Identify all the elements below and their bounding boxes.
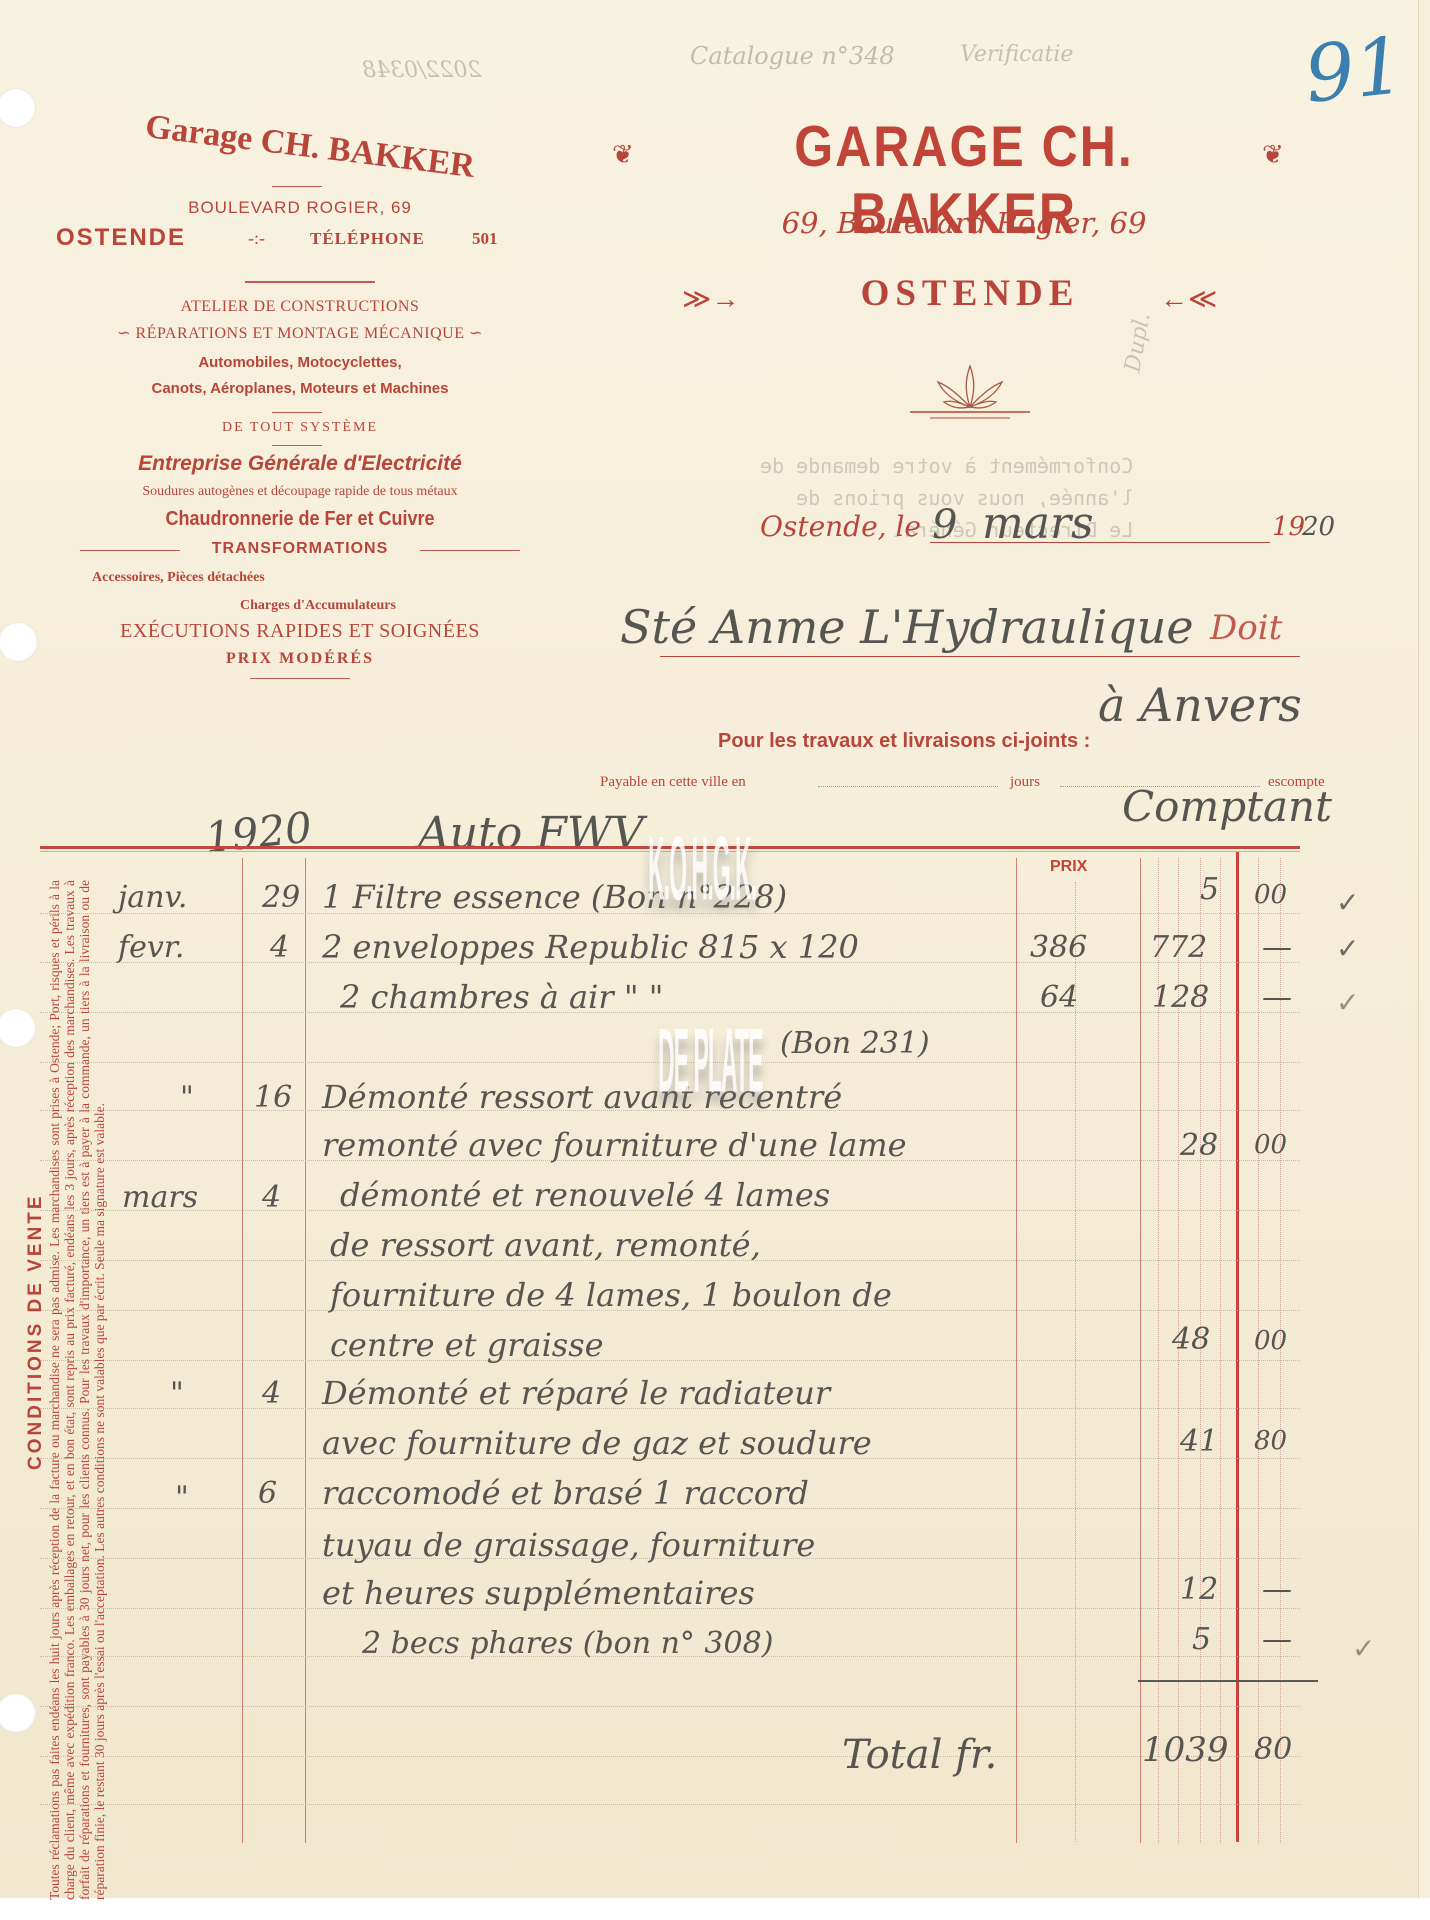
arrow-left-icon: ≫→ — [682, 282, 739, 316]
item-amount: 772 — [1150, 930, 1207, 965]
row-rule — [40, 1360, 1300, 1361]
service-line-6: Entreprise Générale d'Electricité — [40, 452, 560, 476]
item-cents: — — [1262, 1622, 1292, 1657]
flourish-right-icon: ❦ — [1262, 140, 1284, 170]
flourish-icon: ∽ — [464, 325, 482, 342]
date-line: Ostende, le 9 mars 19 20 — [760, 508, 1340, 558]
item-desc: avec fourniture de gaz et soudure — [322, 1424, 872, 1462]
divider — [420, 550, 520, 551]
item-desc: remonté avec fourniture d'une lame — [322, 1126, 907, 1164]
item-cents: 00 — [1254, 1130, 1287, 1160]
ornament-small — [272, 186, 322, 187]
watermark-line-2: DE PLATE — [658, 1010, 763, 1115]
service-line-4: Canots, Aéroplanes, Moteurs et Machines — [40, 380, 560, 397]
item-cents: 80 — [1254, 1426, 1287, 1456]
item-amount: 5 — [1200, 872, 1219, 907]
service-line-2-text: RÉPARATIONS ET MONTAGE MÉCANIQUE — [136, 325, 465, 342]
service-line-10: Accessoires, Pièces détachées — [92, 570, 265, 586]
col-rule-unit — [1075, 882, 1076, 1842]
ornament-rule — [245, 281, 375, 283]
archive-note-left: 2022/0348 — [362, 58, 481, 83]
service-line-5: DE TOUT SYSTÈME — [40, 420, 560, 436]
date-month: mars — [982, 498, 1094, 549]
item-day: 6 — [258, 1476, 277, 1511]
row-rule — [40, 1706, 1300, 1707]
recipient-underline — [660, 656, 1300, 657]
col-rule-francs — [1236, 852, 1239, 1842]
col-rule-dot — [1220, 858, 1221, 1843]
col-rule-day — [305, 858, 306, 1843]
service-line-2: ∽ RÉPARATIONS ET MONTAGE MÉCANIQUE ∽ — [40, 323, 560, 343]
archive-number: 91 — [1301, 21, 1409, 121]
recipient-city: à Anvers — [1098, 678, 1302, 732]
service-line-1: ATELIER DE CONSTRUCTIONS — [40, 298, 560, 316]
col-rule-desc-end — [1016, 858, 1017, 1843]
conditions-text: Toutes réclamations pas faites endéans l… — [47, 880, 107, 1900]
service-line-3: Automobiles, Motocyclettes, — [40, 354, 560, 371]
service-line-12: EXÉCUTIONS RAPIDES ET SOIGNÉES — [40, 620, 560, 643]
left-city: OSTENDE — [56, 224, 186, 252]
phone-number: 501 — [472, 229, 498, 249]
phone-label: TÉLÉPHONE — [310, 229, 425, 249]
place-date-label: Ostende, le — [760, 510, 921, 543]
item-desc: fourniture de 4 lames, 1 boulon de — [330, 1276, 892, 1314]
item-month: " — [180, 1080, 194, 1115]
row-rule — [40, 1804, 1300, 1805]
checkmark-icon: ✓ — [1352, 1632, 1375, 1665]
conditions-of-sale: CONDITIONS DE VENTE Toutes réclamations … — [28, 880, 107, 1900]
checkmark-icon: ✓ — [1336, 886, 1359, 919]
price-header: PRIX — [1050, 858, 1087, 876]
item-day: 29 — [262, 880, 300, 915]
divider — [272, 445, 322, 446]
item-desc: et heures supplémentaires — [322, 1574, 755, 1612]
total-sum-line — [1138, 1680, 1318, 1682]
item-amount: 41 — [1180, 1424, 1218, 1459]
item-cents: — — [1262, 980, 1292, 1015]
archive-note-center: Catalogue n°348 — [690, 42, 895, 70]
item-unit: 386 — [1030, 930, 1087, 965]
item-unit: 64 — [1040, 980, 1078, 1015]
doit-label: Doit — [1210, 608, 1282, 648]
checkmark-icon: ✓ — [1336, 932, 1359, 965]
item-amount: 48 — [1172, 1322, 1210, 1357]
item-desc: 2 chambres à air " " — [340, 978, 663, 1016]
item-desc: 2 becs phares (bon n° 308) — [362, 1626, 773, 1661]
item-amount: 28 — [1180, 1128, 1218, 1163]
archive-note-right: Verificatie — [960, 42, 1073, 67]
date-day: 9 — [932, 502, 957, 548]
intro-text: Pour les travaux et livraisons ci-joints… — [718, 730, 1090, 753]
item-month: " — [175, 1480, 189, 1515]
date-year-hand: 20 — [1302, 512, 1335, 542]
item-desc: raccomodé et brasé 1 raccord — [322, 1474, 809, 1512]
item-desc: Démonté et réparé le radiateur — [322, 1374, 830, 1412]
total-label: Total fr. — [842, 1732, 997, 1778]
total-amount: 1039 — [1142, 1730, 1229, 1770]
payable-dots — [818, 786, 998, 787]
service-line-9: TRANSFORMATIONS — [40, 540, 560, 558]
item-month: fevr. — [118, 930, 184, 965]
divider — [250, 678, 350, 679]
item-day: 4 — [262, 1180, 281, 1215]
item-day: 4 — [262, 1376, 281, 1411]
item-desc: centre et graisse — [330, 1326, 604, 1364]
item-amount: 128 — [1152, 980, 1209, 1015]
date-underline — [930, 542, 1270, 543]
item-desc: (Bon 231) — [780, 1026, 930, 1061]
date-year-printed: 19 — [1272, 512, 1305, 542]
service-line-11: Charges d'Accumulateurs — [240, 598, 396, 614]
col-rule-month — [242, 858, 243, 1843]
flourish-left-icon: ❦ — [612, 140, 634, 170]
item-month: " — [170, 1376, 184, 1411]
item-month: janv. — [118, 880, 187, 915]
left-address: BOULEVARD ROGIER, 69 — [40, 198, 560, 218]
item-desc: 2 enveloppes Republic 815 x 120 — [322, 928, 859, 966]
item-day: 16 — [254, 1080, 292, 1115]
item-amount: 12 — [1180, 1572, 1218, 1607]
service-line-7: Soudures autogènes et découpage rapide d… — [40, 484, 560, 500]
service-line-8: Chaudronnerie de Fer et Cuivre — [66, 508, 534, 531]
flourish-icon: ∽ — [117, 325, 135, 342]
payable-label: Payable en cette ville en — [600, 774, 746, 791]
jours-label: jours — [1010, 774, 1040, 791]
left-letterhead: Garage CH. BAKKER BOULEVARD ROGIER, 69 O… — [40, 118, 560, 768]
arrow-right-icon: ←≪ — [1160, 282, 1217, 316]
service-line-13: PRIX MODÉRÉS — [40, 650, 560, 668]
watermark-line-1: K.O.H.G.K. — [648, 818, 756, 923]
left-separator: -:- — [248, 228, 265, 249]
item-cents: — — [1262, 930, 1292, 965]
lotus-ornament-icon — [910, 362, 1030, 422]
row-rule — [40, 1756, 1300, 1757]
payment-terms-value: Comptant — [1122, 782, 1332, 831]
divider — [272, 412, 322, 413]
item-amount: 5 — [1192, 1622, 1211, 1657]
scan-margin — [0, 1898, 1430, 1920]
item-day: 4 — [270, 930, 289, 965]
conditions-title: CONDITIONS DE VENTE — [28, 880, 43, 1900]
item-month: mars — [122, 1180, 198, 1215]
item-desc: Démonté ressort avant recentré — [322, 1078, 842, 1116]
right-address: 69, Boulevard Rogier, 69 — [684, 206, 1244, 240]
item-desc: de ressort avant, remonté, — [330, 1226, 761, 1264]
checkmark-icon: ✓ — [1336, 986, 1359, 1019]
item-cents: 00 — [1254, 880, 1287, 910]
item-cents: — — [1262, 1572, 1292, 1607]
recipient-name: Sté Anme L'Hydraulique — [620, 600, 1194, 654]
item-cents: 00 — [1254, 1326, 1287, 1356]
total-cents: 80 — [1254, 1732, 1292, 1767]
col-rule-price — [1140, 858, 1141, 1843]
right-city: OSTENDE — [770, 272, 1170, 315]
item-desc: démonté et renouvelé 4 lames — [340, 1176, 830, 1214]
item-desc: tuyau de graissage, fourniture — [322, 1526, 815, 1564]
